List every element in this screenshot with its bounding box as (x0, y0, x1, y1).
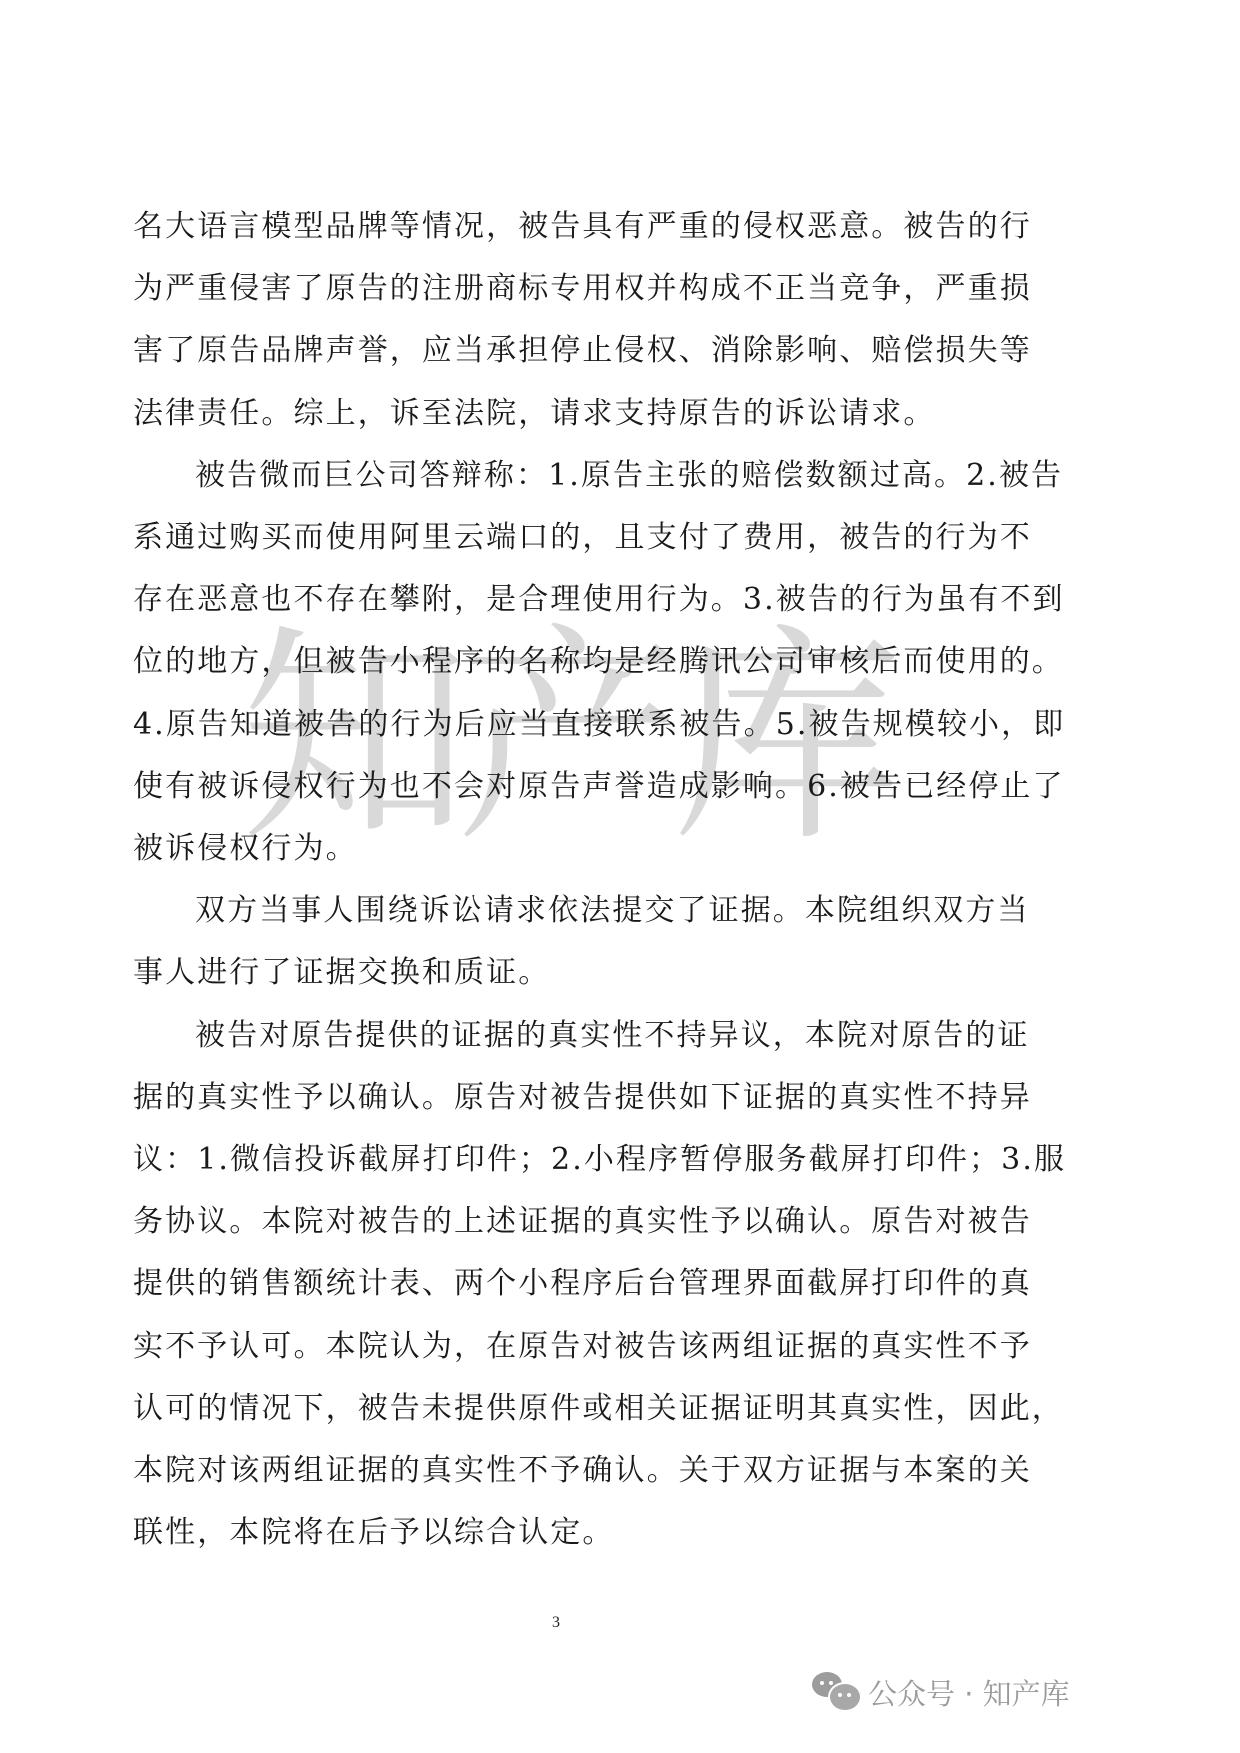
text-line: 使有被诉侵权行为也不会对原告声誉造成影响。6.被告已经停止了 (133, 756, 978, 818)
text-line: 据的真实性予以确认。原告对被告提供如下证据的真实性不持异 (133, 1067, 978, 1129)
footer-attribution: 公众号 · 知产库 (812, 1670, 1070, 1714)
text-line: 双方当事人围绕诉讼请求依法提交了证据。本院组织双方当 (133, 880, 978, 942)
footer-text: 公众号 · 知产库 (868, 1672, 1070, 1713)
text-line: 位的地方，但被告小程序的名称均是经腾讯公司审核后而使用的。 (133, 631, 978, 693)
text-line: 被诉侵权行为。 (133, 818, 978, 880)
text-line: 系通过购买而使用阿里云端口的，且支付了费用，被告的行为不 (133, 507, 978, 569)
document-page: 知产库 名大语言模型品牌等情况，被告具有严重的侵权恶意。被告的行 为严重侵害了原… (0, 0, 1240, 1753)
text-line: 4.原告知道被告的行为后应当直接联系被告。5.被告规模较小，即 (133, 694, 978, 756)
paragraph-1: 名大语言模型品牌等情况，被告具有严重的侵权恶意。被告的行 为严重侵害了原告的注册… (133, 196, 978, 445)
text-line: 被告对原告提供的证据的真实性不持异议，本院对原告的证 (133, 1005, 978, 1067)
text-line: 议：1.微信投诉截屏打印件；2.小程序暂停服务截屏打印件；3.服 (133, 1129, 978, 1191)
paragraph-evidence-review: 被告对原告提供的证据的真实性不持异议，本院对原告的证 据的真实性予以确认。原告对… (133, 1005, 978, 1565)
text-line: 务协议。本院对被告的上述证据的真实性予以确认。原告对被告 (133, 1191, 978, 1253)
paragraph-defendant-reply: 被告微而巨公司答辩称：1.原告主张的赔偿数额过高。2.被告 系通过购买而使用阿里… (133, 445, 978, 880)
text-line: 联性，本院将在后予以综合认定。 (133, 1502, 978, 1564)
text-line: 名大语言模型品牌等情况，被告具有严重的侵权恶意。被告的行 (133, 196, 978, 258)
text-line: 害了原告品牌声誉，应当承担停止侵权、消除影响、赔偿损失等 (133, 320, 978, 382)
text-line: 提供的销售额统计表、两个小程序后台管理界面截屏打印件的真 (133, 1253, 978, 1315)
text-line: 认可的情况下，被告未提供原件或相关证据证明其真实性，因此， (133, 1378, 978, 1440)
paragraph-evidence-submission: 双方当事人围绕诉讼请求依法提交了证据。本院组织双方当 事人进行了证据交换和质证。 (133, 880, 978, 1004)
text-line: 为严重侵害了原告的注册商标专用权并构成不正当竞争，严重损 (133, 258, 978, 320)
page-number: 3 (546, 1614, 566, 1632)
document-body: 名大语言模型品牌等情况，被告具有严重的侵权恶意。被告的行 为严重侵害了原告的注册… (133, 196, 978, 1564)
text-line: 事人进行了证据交换和质证。 (133, 942, 978, 1004)
text-line: 被告微而巨公司答辩称：1.原告主张的赔偿数额过高。2.被告 (133, 445, 978, 507)
text-line: 法律责任。综上，诉至法院，请求支持原告的诉讼请求。 (133, 383, 978, 445)
wechat-icon (812, 1672, 858, 1712)
text-line: 实不予认可。本院认为，在原告对被告该两组证据的真实性不予 (133, 1316, 978, 1378)
text-line: 存在恶意也不存在攀附，是合理使用行为。3.被告的行为虽有不到 (133, 569, 978, 631)
text-line: 本院对该两组证据的真实性不予确认。关于双方证据与本案的关 (133, 1440, 978, 1502)
